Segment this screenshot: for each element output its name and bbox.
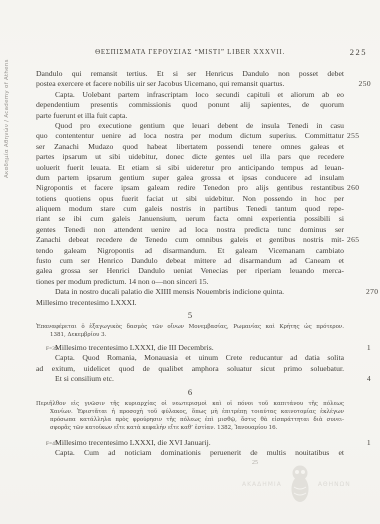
line-text: aliquem modum stare cum galeis nostris i… xyxy=(36,204,344,213)
body-text: Dandulo qui remansit tertius. Et si ser … xyxy=(36,69,344,467)
text-line: aliquem modum stare cum galeis nostris i… xyxy=(36,204,344,214)
line-text: uoluerit fuerit leuata. Et etiam si sibi… xyxy=(36,163,344,172)
text-line: dependentium presentis commissionis quod… xyxy=(36,100,344,110)
line-text: σφορᾶς τῶν κατοίκων εἴτε κατὰ κεφαλήν εἴ… xyxy=(50,425,277,431)
text-line: Capta. Cum ad noticiam dominationis peru… xyxy=(36,448,344,458)
text-line: Quod pro executione gentium que leuari d… xyxy=(36,121,344,131)
line-text: tiones per modum predictum. 14 non o—non… xyxy=(36,277,209,286)
line-text: riant se ibi cum galeis Januensium, ueru… xyxy=(36,214,344,223)
line-text: 5 xyxy=(188,310,192,320)
line-text: Et si consilium etc. xyxy=(55,374,114,383)
running-header: ΘΕΣΠΙΣΜΑΤΑ ΓΕΡΟΥΣΙΑΣ “MISTI” LIBER XXXVI… xyxy=(36,48,344,56)
text-line: Capta. Uolebant partem infrascriptam loc… xyxy=(36,90,344,100)
text-line: parte fuerunt et illa fuit capta. xyxy=(36,111,344,121)
line-number: 1 xyxy=(347,438,371,448)
text-line: uoluerit fuerit leuata. Et etiam si sibi… xyxy=(36,163,344,173)
line-number: 265 xyxy=(347,235,371,245)
text-line: postea exercere et facere nobilis uir se… xyxy=(36,79,344,89)
text-line: 1381, Δεκεμβρίου 3. xyxy=(36,331,344,339)
line-text: parte fuerunt et illa fuit capta. xyxy=(36,111,127,120)
line-text: Millesimo trecentesimo LXXXI, die XVI Ja… xyxy=(55,438,211,447)
line-text: totiens quotiens opus fuerit faciat ut s… xyxy=(36,194,344,203)
text-line: dum partem ipsarum gentium super galea g… xyxy=(36,173,344,183)
text-line: partes ipsarum ut sibi uidebitur, donec … xyxy=(36,152,344,162)
text-line: Nigropontis et facere ipsam galeam redir… xyxy=(36,183,344,193)
line-text: gentes Tenedi non attendent uenire ad lo… xyxy=(36,225,344,234)
line-number: 1 xyxy=(347,343,371,353)
stamp-text-left: ΑΚΑΔΗΜΙΑ xyxy=(242,481,282,488)
text-line: ser Zanachi Mudazo quod habeat libertate… xyxy=(36,142,344,152)
page-number: 225 xyxy=(350,47,367,57)
line-text: πρόσωπα κατάλληλα πρὸς φρούρησιν τῆς πόλ… xyxy=(50,417,344,423)
line-text: Zanachi debeat recedere de Tenedo cum om… xyxy=(36,235,344,244)
line-text: Dandulo qui remansit tertius. Et si ser … xyxy=(36,69,344,78)
line-number: 250 xyxy=(347,79,371,89)
text-line: tendo galeam Nigropontis ad disarmandum.… xyxy=(36,246,344,256)
line-text: postea exercere et facere nobilis uir se… xyxy=(36,79,284,88)
text-line: 6 xyxy=(36,385,344,400)
text-line: riant se ibi cum galeis Januensium, ueru… xyxy=(36,214,344,224)
line-number: 260 xyxy=(347,183,371,193)
line-text: galea grossa ser Henrici Dandulo ueniat … xyxy=(36,266,344,275)
text-column: ΘΕΣΠΙΣΜΑΤΑ ΓΕΡΟΥΣΙΑΣ “MISTI” LIBER XXXVI… xyxy=(36,48,344,467)
stamp-text-right: ΑΘΗΝΩΝ xyxy=(318,481,351,488)
text-line: tiones per modum predictum. 14 non o—non… xyxy=(36,277,344,287)
text-line: Dandulo qui remansit tertius. Et si ser … xyxy=(36,69,344,79)
text-line: F=47Millesimo trecentesimo LXXXI, die XV… xyxy=(36,438,344,448)
text-line: Ἐπαναφέρεται ὁ ἐξαγωγικὸς δασμὸς τῶν οἴν… xyxy=(36,323,344,331)
line-text: fusto cum ser Henrico Dandulo debeat mit… xyxy=(36,256,344,265)
line-text: quo contententur uenire ad loca nostra p… xyxy=(36,131,344,140)
line-text: Millesimo trecentesimo LXXXI. xyxy=(36,298,137,307)
text-line: F=39Millesimo trecentesimo LXXXI, die II… xyxy=(36,343,344,353)
line-text: 1381, Δεκεμβρίου 3. xyxy=(50,332,106,338)
line-text: dum partem ipsarum gentium super galea g… xyxy=(36,173,344,182)
line-text: ser Zanachi Mudazo quod habeat libertate… xyxy=(36,142,344,151)
line-text: Περιῆλθον εἰς γνῶσιν τῆς κυριαρχίας οἱ ν… xyxy=(36,401,344,407)
edge-caption: Ακαδημία Αθηνών / Academy of Athens xyxy=(4,28,16,178)
line-text: Nigropontis et facere ipsam galeam redir… xyxy=(36,183,344,192)
text-line: Zanachi debeat recedere de Tenedo cum om… xyxy=(36,235,344,245)
line-text: Capta. Cum ad noticiam dominationis peru… xyxy=(55,448,344,457)
line-text: dependentium presentis commissionis quod… xyxy=(36,100,344,109)
line-text: ad exitum, uidelicet quod de qualibet am… xyxy=(36,364,344,373)
text-line: quo contententur uenire ad loca nostra p… xyxy=(36,131,344,141)
line-text: 6 xyxy=(188,387,192,397)
line-number: 4 xyxy=(347,374,371,384)
line-text: Data in nostro ducali palatio die XIIII … xyxy=(55,287,284,296)
owl-icon xyxy=(287,463,313,505)
line-text: Quod pro executione gentium que leuari d… xyxy=(55,121,344,130)
text-line: gentes Tenedi non attendent uenire ad lo… xyxy=(36,225,344,235)
text-line: Capta. Quod Romania, Monauasia et uinum … xyxy=(36,353,344,363)
text-line: totiens quotiens opus fuerit faciat ut s… xyxy=(36,194,344,204)
line-text: Χανίων. Ἐφιστᾶται ἡ προσοχὴ τοῦ φύλακος,… xyxy=(50,409,344,415)
text-line: galea grossa ser Henrici Dandulo ueniat … xyxy=(36,266,344,276)
running-title: ΘΕΣΠΙΣΜΑΤΑ ΓΕΡΟΥΣΙΑΣ “MISTI” LIBER XXXVI… xyxy=(95,48,285,56)
line-text: Millesimo trecentesimo LXXXI, die III De… xyxy=(55,343,214,352)
text-line: Περιῆλθον εἰς γνῶσιν τῆς κυριαρχίας οἱ ν… xyxy=(36,400,344,408)
text-line: fusto cum ser Henrico Dandulo debeat mit… xyxy=(36,256,344,266)
line-number: 255 xyxy=(347,131,371,141)
scanned-book-page: Ακαδημία Αθηνών / Academy of Athens ΘΕΣΠ… xyxy=(0,0,380,524)
text-line: ad exitum, uidelicet quod de qualibet am… xyxy=(36,364,344,374)
library-stamp: ΑΚΑΔΗΜΙΑ ΑΘΗΝΩΝ xyxy=(242,458,374,510)
text-line: Millesimo trecentesimo LXXXI. xyxy=(36,298,344,308)
text-line: Χανίων. Ἐφιστᾶται ἡ προσοχὴ τοῦ φύλακος,… xyxy=(36,408,344,416)
text-line: Data in nostro ducali palatio die XIIII … xyxy=(36,287,344,297)
text-line: Et si consilium etc.4 xyxy=(36,374,344,384)
line-text: partes ipsarum ut sibi uidebitur, donec … xyxy=(36,152,344,161)
text-line: 5 xyxy=(36,308,344,323)
line-text: Ἐπαναφέρεται ὁ ἐξαγωγικὸς δασμὸς τῶν οἴν… xyxy=(36,324,344,330)
text-line: σφορᾶς τῶν κατοίκων εἴτε κατὰ κεφαλήν εἴ… xyxy=(36,424,344,432)
line-text: Capta. Quod Romania, Monauasia et uinum … xyxy=(55,353,344,362)
line-number: 270 xyxy=(347,287,371,297)
line-text: Capta. Uolebant partem infrascriptam loc… xyxy=(55,90,344,99)
line-text: tendo galeam Nigropontis ad disarmandum.… xyxy=(36,246,344,255)
text-line: πρόσωπα κατάλληλα πρὸς φρούρησιν τῆς πόλ… xyxy=(36,416,344,424)
